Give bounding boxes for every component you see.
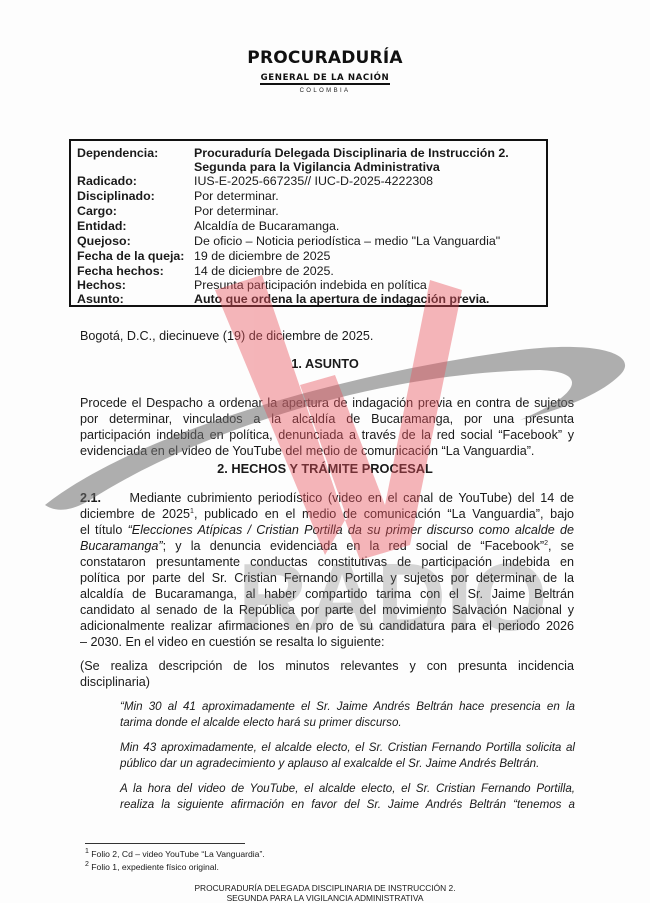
paragraph-line: 2.1. Mediante cubrimiento periodístico (… <box>80 490 574 506</box>
paragraph-text: , se <box>548 539 574 553</box>
footnote-1: 1 Folio 2, Cd – video YouTube “La Vangua… <box>85 849 265 860</box>
info-label: Fecha hechos: <box>77 264 164 278</box>
info-value: Presunta participación indebida en polít… <box>194 278 427 292</box>
info-label: Asunto: <box>77 292 124 306</box>
info-value: IUS-E-2025-667235// IUC-D-2025-4222308 <box>194 174 433 188</box>
info-value: Segunda para la Vigilancia Administrativ… <box>194 160 440 174</box>
document-page: PROCURADURÍA GENERAL DE LA NACIÓN COLOMB… <box>0 0 650 903</box>
quote-line: realiza la siguiente afirmación en favor… <box>120 797 575 813</box>
info-label: Fecha de la queja: <box>77 249 184 263</box>
paragraph-line: por determinar, vinculados a la alcaldía… <box>80 411 574 427</box>
procuraduria-logo: PROCURADURÍA GENERAL DE LA NACIÓN COLOMB… <box>0 49 650 94</box>
logo-subtitle: GENERAL DE LA NACIÓN <box>260 73 391 85</box>
paragraph-text: , publicado en el medio de comunicación … <box>194 507 574 521</box>
info-label: Disciplinado: <box>77 189 155 203</box>
info-label: Dependencia: <box>77 146 158 160</box>
info-value: 14 de diciembre de 2025. <box>194 264 334 278</box>
info-value: Procuraduría Delegada Disciplinaria de I… <box>194 146 509 160</box>
section-2-heading: 2. HECHOS Y TRÁMITE PROCESAL <box>0 461 650 476</box>
quote-line: público dar un agradecimiento y aplauso … <box>120 756 575 772</box>
info-label: Radicado: <box>77 174 137 188</box>
footnote-text: Folio 2, Cd – video YouTube “La Vanguard… <box>89 849 265 859</box>
info-label: Quejoso: <box>77 234 131 248</box>
info-label: Hechos: <box>77 278 126 292</box>
video-title: “Elecciones Atípicas / Cristian Portilla… <box>128 523 574 537</box>
quote-2: Min 43 aproximadamente, el alcalde elect… <box>120 740 575 772</box>
footnote-2: 2 Folio 1, expediente físico original. <box>85 862 219 873</box>
paragraph-line: candidato al senado de la República por … <box>80 602 574 618</box>
paragraph-text: Mediante cubrimiento periodístico (video… <box>130 491 574 505</box>
quote-line: A la hora del video de YouTube, el alcal… <box>120 781 575 797</box>
info-label: Cargo: <box>77 204 117 218</box>
paragraph-line: (Se realiza descripción de los minutos r… <box>80 658 574 674</box>
paragraph-text: diciembre de 2025 <box>80 507 190 521</box>
logo-country: COLOMBIA <box>0 88 650 94</box>
paragraph-line: evidenciada en el video de YouTube del m… <box>80 443 574 459</box>
logo-title: PROCURADURÍA <box>0 49 650 67</box>
info-value: Alcaldía de Bucaramanga. <box>194 219 339 233</box>
section-1-heading: 1. ASUNTO <box>0 356 650 371</box>
info-value: Por determinar. <box>194 204 279 218</box>
paragraph-line: el título “Elecciones Atípicas / Cristia… <box>80 522 574 538</box>
paragraph-line: – 2030. En el video en cuestión se resal… <box>80 634 574 650</box>
info-label: Entidad: <box>77 219 127 233</box>
paragraph-line: constataron presuntamente conductas cons… <box>80 554 574 570</box>
paragraph-line: Bucaramanga”; y la denuncia evidenciada … <box>80 538 574 554</box>
info-value: 19 de diciembre de 2025 <box>194 249 330 263</box>
date-line: Bogotá, D.C., diecinueve (19) de diciemb… <box>80 328 574 344</box>
quote-1: “Min 30 al 41 aproximadamente el Sr. Jai… <box>120 699 575 731</box>
paragraph-line: adicionalmente realizar afirmaciones en … <box>80 618 574 634</box>
video-title: Bucaramanga” <box>80 539 163 553</box>
footnote-divider <box>85 843 245 844</box>
paragraph-text: ; y la denuncia evidenciada en la red so… <box>163 539 545 553</box>
paragraph-line: diciembre de 20251, publicado en el medi… <box>80 506 574 522</box>
quote-line: “Min 30 al 41 aproximadamente el Sr. Jai… <box>120 699 575 715</box>
note-paragraph: (Se realiza descripción de los minutos r… <box>80 658 574 690</box>
quote-3: A la hora del video de YouTube, el alcal… <box>120 781 575 813</box>
paragraph-line: alcaldía de Bucaramanga, al haber compar… <box>80 586 574 602</box>
paragraph-line: disciplinaria) <box>80 674 574 690</box>
footnote-text: Folio 1, expediente físico original. <box>89 862 219 872</box>
paragraph-line: participación indebida en política, denu… <box>80 427 574 443</box>
paragraph-line: Procede el Despacho a ordenar la apertur… <box>80 395 574 411</box>
page-footer-line2: SEGUNDA PARA LA VIGILANCIA ADMINISTRATIV… <box>0 893 650 903</box>
paragraph-number: 2.1. <box>80 491 101 505</box>
section-2-paragraph: 2.1. Mediante cubrimiento periodístico (… <box>80 490 574 650</box>
info-value: Auto que ordena la apertura de indagació… <box>194 292 489 306</box>
info-value: De oficio – Noticia periodística – medio… <box>194 234 500 248</box>
paragraph-line: política por parte del Sr. Cristian Fern… <box>80 570 574 586</box>
section-1-paragraph: Procede el Despacho a ordenar la apertur… <box>80 395 574 459</box>
paragraph-text: el título <box>80 523 128 537</box>
case-info-box: Dependencia: Procuraduría Delegada Disci… <box>69 139 548 307</box>
quote-line: tarima donde el alcalde electo hará su p… <box>120 715 575 731</box>
info-value: Por determinar. <box>194 189 279 203</box>
page-footer-line1: PROCURADURÍA DELEGADA DISCIPLINARIA DE I… <box>0 883 650 893</box>
quote-line: Min 43 aproximadamente, el alcalde elect… <box>120 740 575 756</box>
